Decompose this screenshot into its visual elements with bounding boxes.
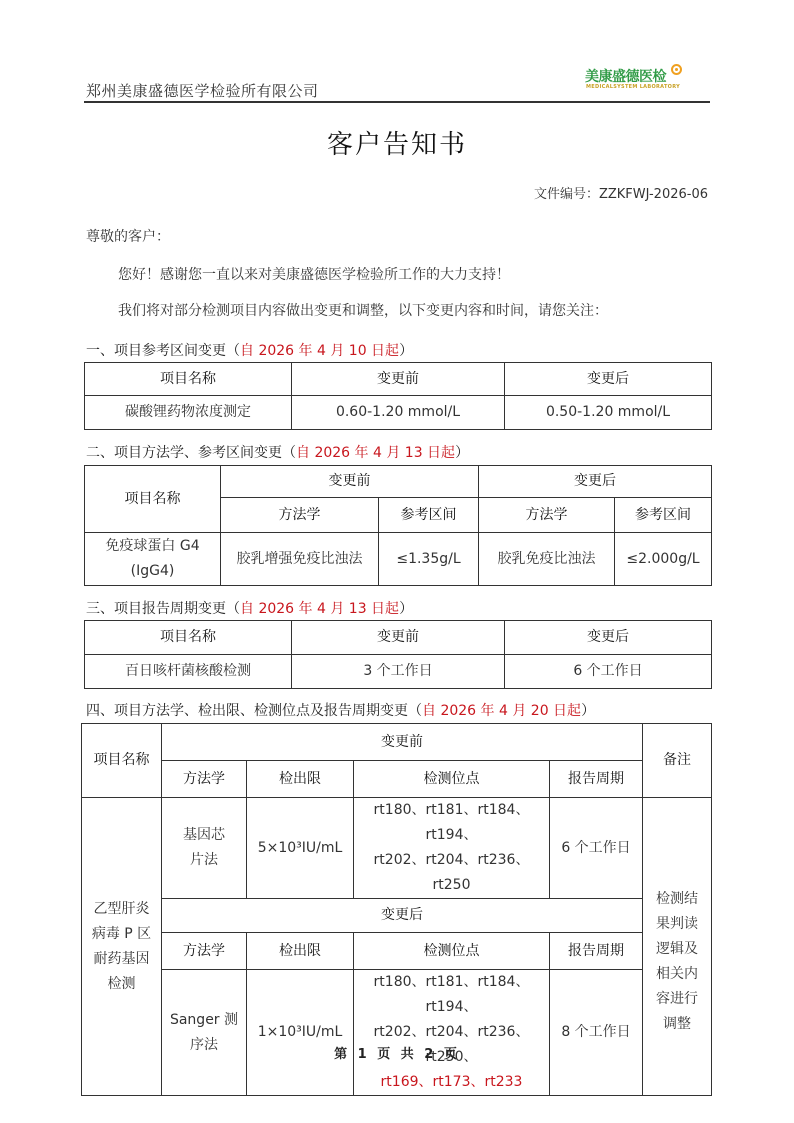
cell-before-method: 基因芯 片法: [162, 798, 247, 899]
document-title: 客户告知书: [0, 124, 794, 161]
page-number: 第 1 页 共 2 页: [0, 1043, 794, 1062]
cell-before-lod: 5×10³IU/mL: [247, 798, 354, 899]
sites-line: rt202、rt204、rt236、rt250: [356, 848, 547, 898]
header-after-range: 参考区间: [615, 498, 712, 533]
section-1-heading-close: ）: [399, 343, 413, 359]
cell-before-range: ≤1.35g/L: [379, 533, 479, 586]
cell-item-name: 百日咳杆菌核酸检测: [85, 655, 292, 689]
header-item-name: 项目名称: [85, 621, 292, 655]
table-row: 免疫球蛋白 G4(IgG4) 胶乳增强免疫比浊法 ≤1.35g/L 胶乳免疫比浊…: [85, 533, 712, 586]
cell-after-lod: 1×10³IU/mL: [247, 970, 354, 1096]
item-name-line: 耐药基因: [84, 947, 159, 972]
header-after-lod: 检出限: [247, 933, 354, 970]
section-1-table: 项目名称 变更前 变更后 碳酸锂药物浓度测定 0.60-1.20 mmol/L …: [84, 362, 712, 430]
cell-after-method: 胶乳免疫比浊法: [479, 533, 615, 586]
section-4-heading: 四、项目方法学、检出限、检测位点及报告周期变更（自 2026 年 4 月 20 …: [86, 700, 595, 720]
table-row: 碳酸锂药物浓度测定 0.60-1.20 mmol/L 0.50-1.20 mmo…: [85, 396, 712, 430]
section-3-heading-close: ）: [399, 601, 413, 617]
header-item-name: 项目名称: [85, 466, 221, 533]
section-2-table: 项目名称 变更前 变更后 方法学 参考区间 方法学 参考区间 免疫球蛋白 G4(…: [84, 465, 712, 586]
section-4-heading-close: ）: [581, 703, 595, 719]
method-line: 片法: [164, 848, 244, 873]
section-3-table: 项目名称 变更前 变更后 百日咳杆菌核酸检测 3 个工作日 6 个工作日: [84, 620, 712, 689]
item-name-line: 病毒 P 区: [84, 922, 159, 947]
method-line: Sanger 测: [164, 1008, 244, 1033]
header-divider: [84, 101, 710, 103]
company-logo: 美康盛德医检 MEDICALSYSTEM LABORATORY: [585, 64, 695, 94]
logo-text-cn: 美康盛德医检: [585, 66, 666, 86]
header-before-method: 方法学: [221, 498, 379, 533]
section-1-effective-date: 自 2026 年 4 月 10 日起: [240, 343, 399, 359]
cell-after-method: Sanger 测 序法: [162, 970, 247, 1096]
section-4-heading-text: 四、项目方法学、检出限、检测位点及报告周期变更（: [86, 703, 422, 719]
logo-emblem-icon: [671, 64, 682, 75]
company-name: 郑州美康盛德医学检验所有限公司: [86, 80, 319, 101]
section-2-heading-close: ）: [455, 445, 469, 461]
cell-item-name: 碳酸锂药物浓度测定: [85, 396, 292, 430]
sites-line: rt180、rt181、rt184、rt194、: [356, 798, 547, 848]
cell-after: 0.50-1.20 mmol/L: [505, 396, 712, 430]
header-remark: 备注: [643, 724, 712, 798]
header-after-method: 方法学: [162, 933, 247, 970]
remark-line: 调整: [645, 1012, 709, 1037]
cell-item-name: 免疫球蛋白 G4(IgG4): [85, 533, 221, 586]
table-row-after: Sanger 测 序法 1×10³IU/mL rt180、rt181、rt184…: [82, 970, 712, 1096]
cell-before-tat: 6 个工作日: [550, 798, 643, 899]
header-item-name: 项目名称: [85, 363, 292, 396]
header-before-tat: 报告周期: [550, 761, 643, 798]
intro-paragraph-1: 您好！感谢您一直以来对美康盛德医学检验所工作的大力支持！: [118, 264, 510, 284]
header-before: 变更前: [162, 724, 643, 761]
item-name-line-1: 免疫球蛋白 G4: [87, 534, 218, 559]
header-before: 变更前: [292, 621, 505, 655]
header-before-lod: 检出限: [247, 761, 354, 798]
header-before-sites: 检测位点: [354, 761, 550, 798]
method-line: 基因芯: [164, 823, 244, 848]
remark-line: 检测结: [645, 887, 709, 912]
cell-before: 0.60-1.20 mmol/L: [292, 396, 505, 430]
greeting: 尊敬的客户：: [86, 226, 170, 246]
section-1-heading-text: 一、项目参考区间变更（: [86, 343, 240, 359]
header-after-sites: 检测位点: [354, 933, 550, 970]
section-4-table: 项目名称 变更前 备注 方法学 检出限 检测位点 报告周期 乙型肝炎 病毒 P …: [81, 723, 712, 1096]
table-row: 百日咳杆菌核酸检测 3 个工作日 6 个工作日: [85, 655, 712, 689]
header-before: 变更前: [292, 363, 505, 396]
cell-after-range: ≤2.000g/L: [615, 533, 712, 586]
table-row-before: 乙型肝炎 病毒 P 区 耐药基因 检测 基因芯 片法 5×10³IU/mL rt…: [82, 798, 712, 899]
cell-after: 6 个工作日: [505, 655, 712, 689]
cell-before: 3 个工作日: [292, 655, 505, 689]
remark-line: 果判读: [645, 912, 709, 937]
cell-before-method: 胶乳增强免疫比浊法: [221, 533, 379, 586]
sites-line: rt180、rt181、rt184、rt194、: [356, 970, 547, 1020]
header-after: 变更后: [505, 363, 712, 396]
section-2-effective-date: 自 2026 年 4 月 13 日起: [296, 445, 455, 461]
cell-before-sites: rt180、rt181、rt184、rt194、 rt202、rt204、rt2…: [354, 798, 550, 899]
header-after: 变更后: [505, 621, 712, 655]
section-2-heading: 二、项目方法学、参考区间变更（自 2026 年 4 月 13 日起）: [86, 442, 469, 462]
section-3-effective-date: 自 2026 年 4 月 13 日起: [240, 601, 399, 617]
header-after: 变更后: [479, 466, 712, 498]
section-2-heading-text: 二、项目方法学、参考区间变更（: [86, 445, 296, 461]
section-1-heading: 一、项目参考区间变更（自 2026 年 4 月 10 日起）: [86, 340, 413, 360]
intro-paragraph-2: 我们将对部分检测项目内容做出变更和调整，以下变更内容和时间，请您关注：: [118, 300, 608, 320]
logo-text-en: MEDICALSYSTEM LABORATORY: [586, 84, 680, 90]
section-3-heading: 三、项目报告周期变更（自 2026 年 4 月 13 日起）: [86, 598, 413, 618]
header-after: 变更后: [162, 899, 643, 933]
cell-after-sites: rt180、rt181、rt184、rt194、 rt202、rt204、rt2…: [354, 970, 550, 1096]
section-4-effective-date: 自 2026 年 4 月 20 日起: [422, 703, 581, 719]
header-item-name: 项目名称: [82, 724, 162, 798]
item-name-line: 乙型肝炎: [84, 897, 159, 922]
new-sites-line: rt169、rt173、rt233: [356, 1070, 547, 1095]
header-before-range: 参考区间: [379, 498, 479, 533]
header-after-tat: 报告周期: [550, 933, 643, 970]
cell-after-tat: 8 个工作日: [550, 970, 643, 1096]
header-before: 变更前: [221, 466, 479, 498]
item-name-line: 检测: [84, 972, 159, 997]
remark-line: 相关内: [645, 962, 709, 987]
header-after-method: 方法学: [479, 498, 615, 533]
header-before-method: 方法学: [162, 761, 247, 798]
document-number: 文件编号：ZZKFWJ-2026-06: [534, 183, 708, 202]
item-name-line-2: (IgG4): [87, 559, 218, 584]
section-3-heading-text: 三、项目报告周期变更（: [86, 601, 240, 617]
remark-line: 逻辑及: [645, 937, 709, 962]
remark-line: 容进行: [645, 987, 709, 1012]
